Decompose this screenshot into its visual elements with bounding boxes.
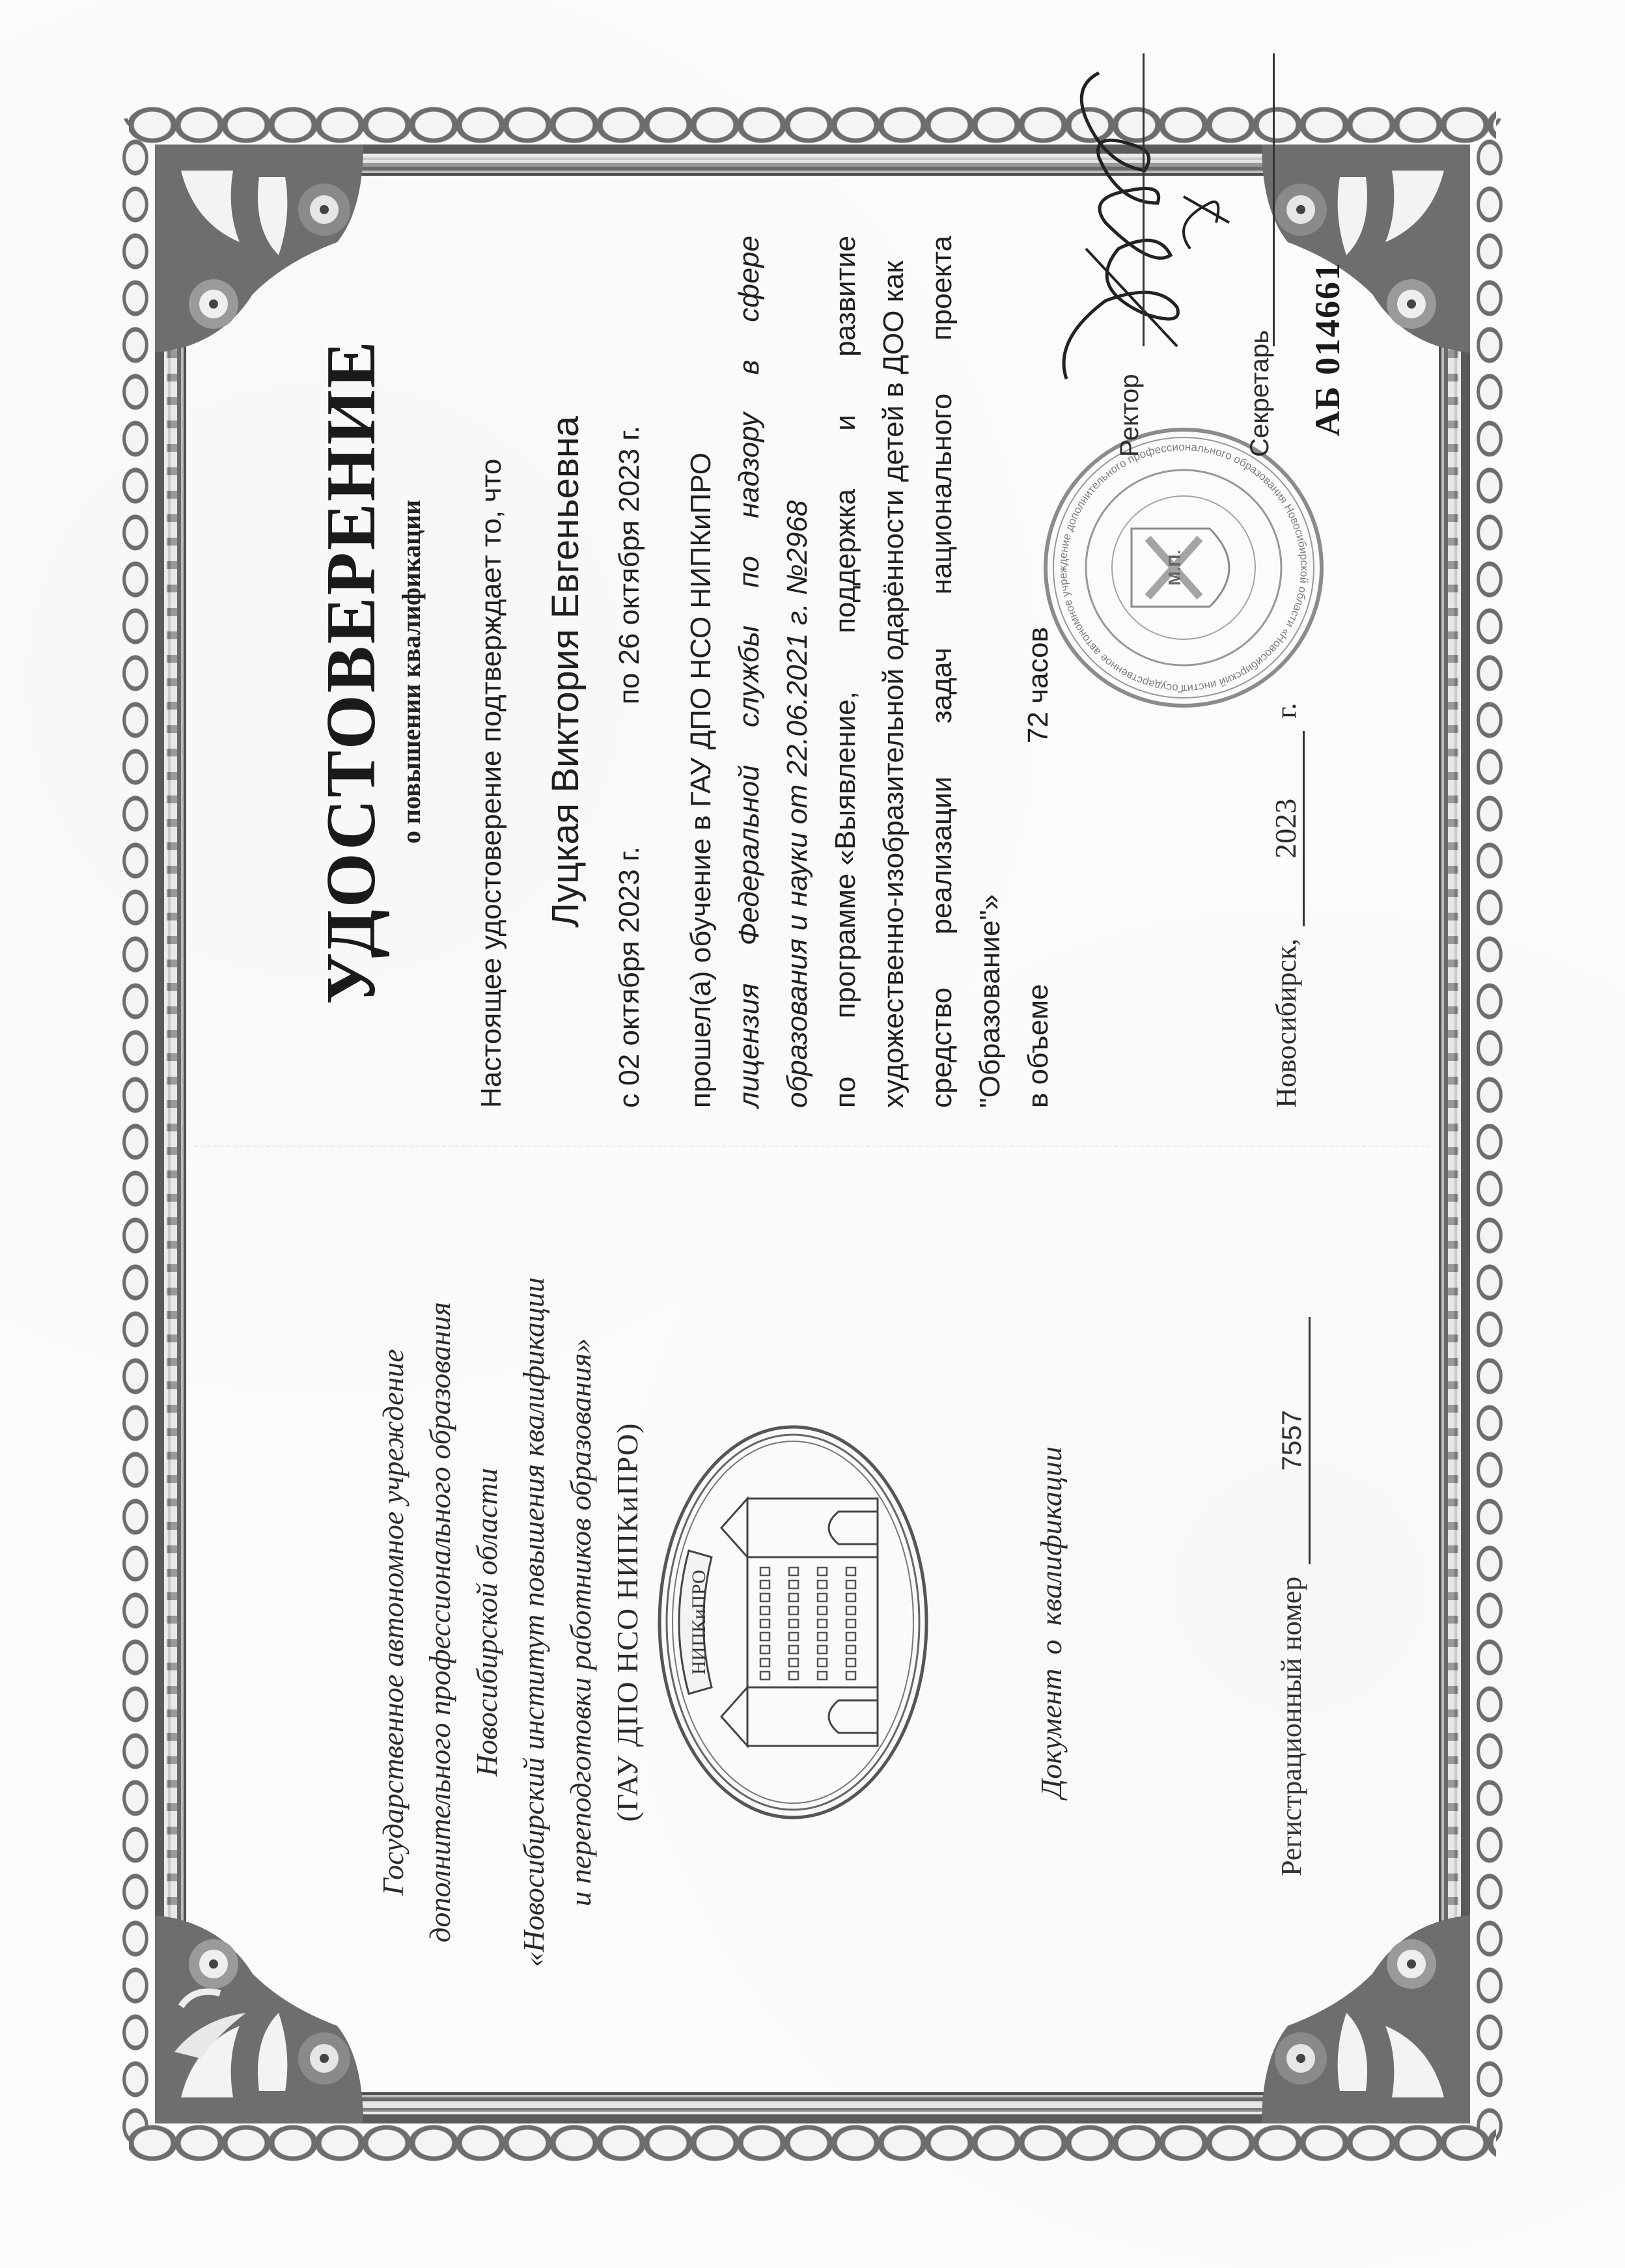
program-word: по <box>822 1077 870 1108</box>
program-word: реализации <box>918 777 966 935</box>
institution-abbreviation: (ГАУ ДПО НСО НИПКиПРО) <box>604 1199 651 2045</box>
certificate-title: УДОСТОВЕРЕНИЕ <box>311 236 392 1108</box>
institution-line: Государственное автономное учреждение <box>370 1199 417 2045</box>
registration-label: Регистрационный номер <box>1275 1577 1307 1876</box>
registration-value: 7557 <box>1276 1317 1311 1564</box>
issue-year-suffix: г. <box>1270 703 1302 719</box>
secretary-label: Секретарь <box>1245 346 1275 457</box>
license-word: надзору <box>725 413 773 518</box>
certificate-subtitle: о повышении квалификации <box>396 236 426 1108</box>
program-line-1: по программе «Выявление, поддержка и раз… <box>822 236 870 1108</box>
license-word: службы <box>725 626 773 727</box>
issue-city: Новосибирск, <box>1270 939 1302 1108</box>
training-dates: с 02 октября 2023 г. по 26 октября 2023 … <box>605 236 654 1108</box>
program-word: национального <box>918 394 966 595</box>
institution-panel: Государственное автономное учреждение до… <box>233 1199 1392 2045</box>
program-word: проекта <box>918 236 966 340</box>
license-word: по <box>725 556 773 588</box>
certificate-panel: УДОСТОВЕРЕНИЕ о повышении квалификации Н… <box>233 236 1392 1108</box>
issue-place-date: Новосибирск, 2023 г. <box>1268 703 1305 1108</box>
frame-scallop-bottom <box>1470 118 1509 2150</box>
license-word: в <box>725 360 773 375</box>
license-word: Федеральной <box>725 765 773 945</box>
serial-number: АБ 014661 <box>1307 262 1348 436</box>
license-line-1: лицензия Федеральной службы по надзору в… <box>725 236 773 1108</box>
program-line-3: средство реализации задач национального … <box>918 236 966 1108</box>
program-word: развитие <box>822 236 870 357</box>
registration-number: Регистрационный номер 7557 <box>1275 1317 1311 1876</box>
institution-logo-icon: НИПКиПРО <box>650 1414 936 1831</box>
institution-line: дополнительного профессионального образо… <box>417 1199 464 2045</box>
license-line-2: образования и науки от 22.06.2021 г. №29… <box>773 236 822 1108</box>
stamp-center-text: М.П. <box>1165 550 1184 586</box>
program-word: средство <box>918 988 966 1108</box>
program-word: поддержка <box>822 489 870 633</box>
program-line-2: художественно-изобразительной одарённост… <box>870 236 918 1108</box>
intro-text: Настоящее удостоверение подтверждает то,… <box>467 236 516 1108</box>
fold-line <box>194 1146 1431 1147</box>
program-word: задач <box>918 648 966 724</box>
official-stamp-icon: Государственное автономное учреждение до… <box>1040 424 1327 711</box>
recipient-name: Луцкая Виктория Евгеньевна <box>542 236 590 1108</box>
program-word: программе «Выявление, <box>822 691 870 1018</box>
license-word: сфере <box>725 236 773 322</box>
program-word: и <box>822 415 870 431</box>
training-line: прошел(а) обучение в ГАУ ДПО НСО НИПКиПР… <box>677 236 725 1108</box>
rector-signature-line: Ректор <box>1099 53 1145 457</box>
rector-line <box>1141 53 1145 346</box>
institution-line: и переподготовки работников образования» <box>557 1199 604 2045</box>
document-kind: Документ о квалификации <box>1034 1199 1068 2045</box>
license-word: лицензия <box>725 983 773 1108</box>
secretary-line <box>1271 53 1275 346</box>
date-to: по 26 октября 2023 г. <box>605 426 654 704</box>
secretary-signature-line: Секретарь <box>1229 53 1275 457</box>
rector-label: Ректор <box>1115 346 1145 457</box>
institution-line: Новосибирской области <box>464 1199 510 2045</box>
institution-name: Государственное автономное учреждение до… <box>370 1199 651 2045</box>
certificate-body: Настоящее удостоверение подтверждает то,… <box>467 236 1062 1108</box>
institution-line: «Новосибирский институт повышения квалиф… <box>510 1199 557 2045</box>
issue-year: 2023 <box>1268 731 1305 926</box>
signature-area: Государственное автономное учреждение до… <box>1001 236 1392 1108</box>
logo-ribbon-text: НИПКиПРО <box>688 1570 710 1674</box>
date-from: с 02 октября 2023 г. <box>605 743 654 1108</box>
certificate-sheet: Государственное автономное учреждение до… <box>103 92 1522 2176</box>
frame-scallop-top <box>116 118 155 2150</box>
